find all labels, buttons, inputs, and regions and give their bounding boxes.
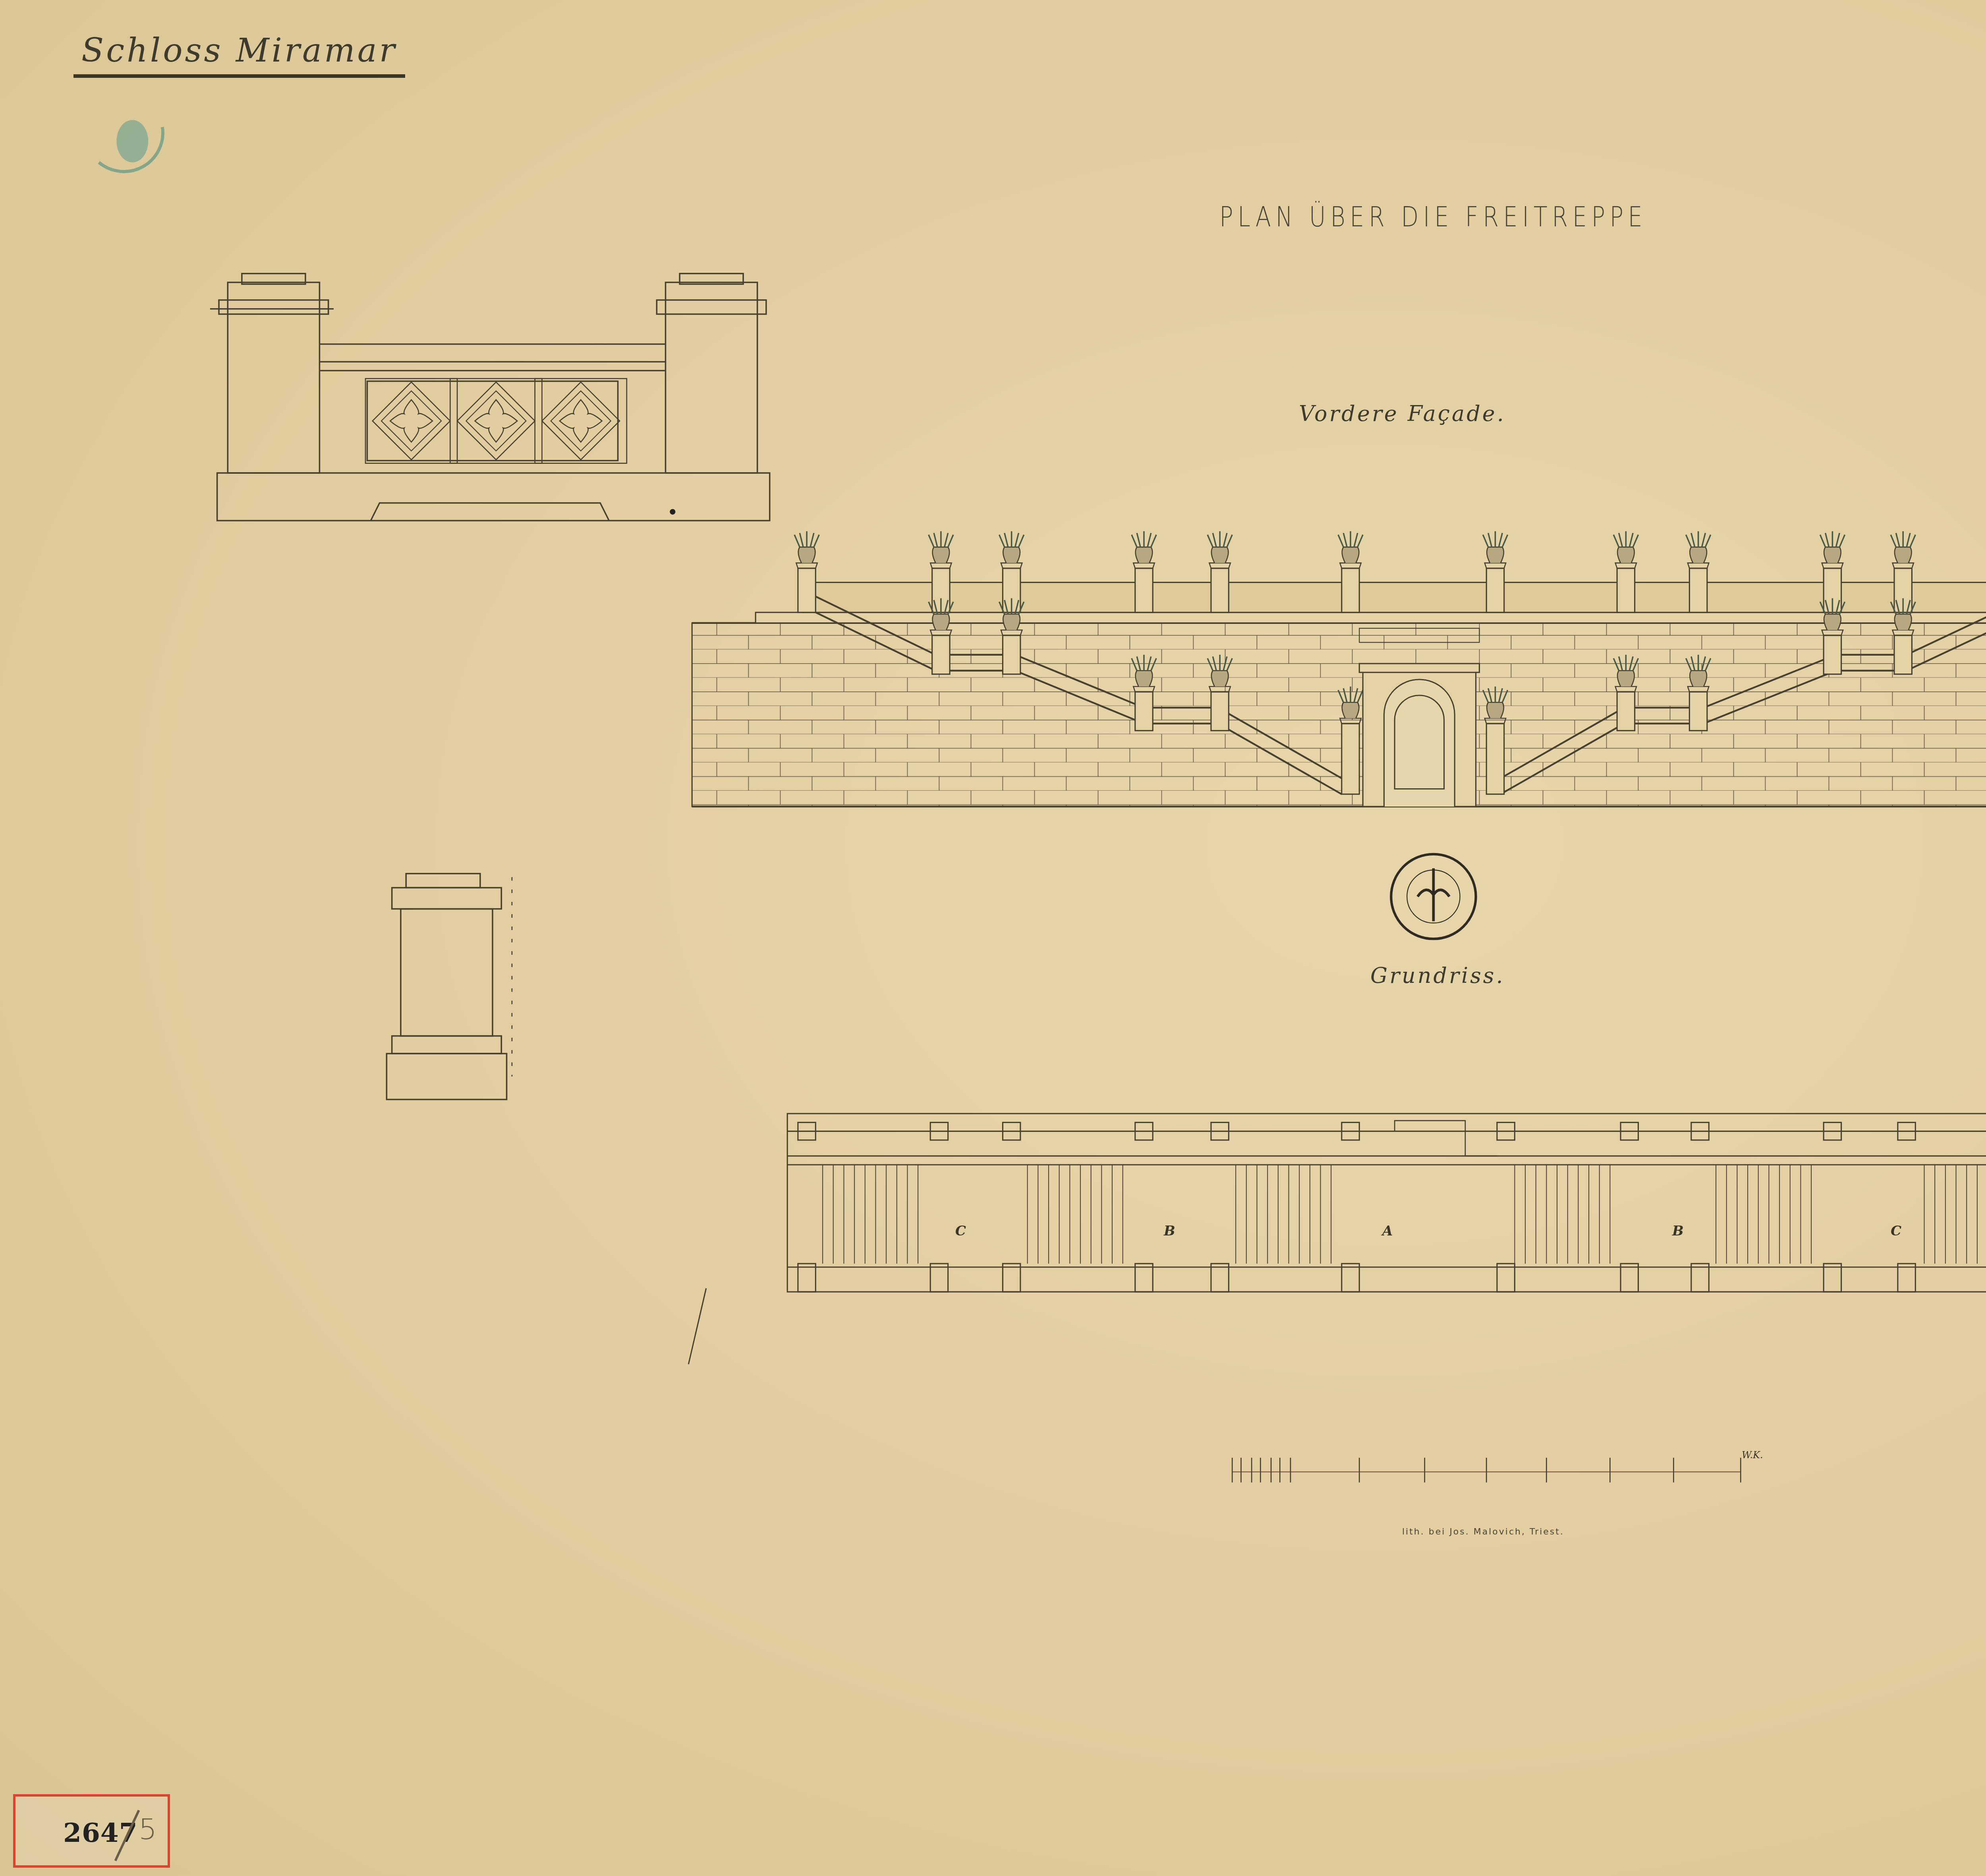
plan-bay-letter: C	[955, 1223, 966, 1239]
page-title: PLAN ÜBER DIE FREITREPPE	[1219, 201, 1647, 233]
scale-bar-unit: W.K.	[1742, 1449, 1763, 1461]
shelfmark-label: 2647 5	[13, 1794, 170, 1868]
plan-bay-letter: A	[1382, 1223, 1393, 1239]
lithographer-imprint: lith. bei Jos. Malovich, Triest.	[1402, 1527, 1564, 1537]
sheet-series-title: Schloss Miramar	[73, 32, 405, 78]
facade-view-label: Vordere Façade.	[1299, 401, 1506, 426]
plan-bay-letter: C	[1891, 1223, 1901, 1239]
drawing-stage: Schloss Miramar No 5. PLAN ÜBER DIE FREI…	[0, 0, 1986, 1876]
plan-view-label: Grundriss.	[1370, 963, 1505, 988]
ground-plan	[688, 1114, 1986, 1364]
plan-bay-letter: B	[1672, 1223, 1684, 1239]
shelfmark-sub-number: 5	[139, 1812, 157, 1846]
library-stamp-icon	[1391, 854, 1476, 939]
balustrade-detail-left	[210, 274, 770, 521]
pedestal-detail-left	[386, 874, 512, 1100]
architectural-drawing	[0, 0, 1986, 1876]
blue-collection-stamp-icon	[99, 120, 163, 172]
scale-bar	[1232, 1458, 1741, 1482]
plan-bay-letter: B	[1164, 1223, 1175, 1239]
facade-elevation	[692, 531, 1986, 807]
